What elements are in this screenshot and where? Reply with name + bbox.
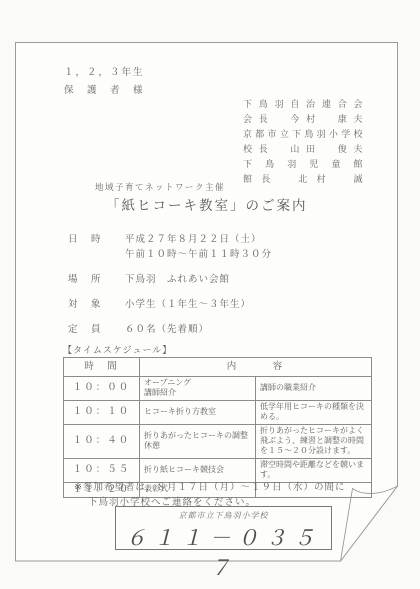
schedule-detail: 低学年用ヒコーキの種類を決める。 xyxy=(256,400,372,424)
schedule-detail: 折りあがったヒコーキがよく飛ぶよう、練習と調整の時間を１５～２０分設けます。 xyxy=(256,424,372,458)
schedule-time: １０：１０ xyxy=(64,400,140,424)
event-organizer-subtitle: 地域子育てネットワーク主催 xyxy=(95,181,225,193)
contact-phone-number: ６１１－０３５７ xyxy=(116,522,331,582)
schedule-detail: 講師の職業紹介 xyxy=(256,377,372,401)
detail-value-place: 下鳥羽 ふれあい会館 xyxy=(125,271,230,285)
table-row: １０：００ オープニング 講師紹介 講師の職業紹介 xyxy=(64,377,372,401)
contact-phone-box: 京都市立下鳥羽小学校 ６１１－０３５７ xyxy=(115,506,332,550)
sender-name-1: 会長 今村 康夫 xyxy=(243,113,363,128)
detail-value-target: 小学生（１年生～３年生） xyxy=(125,296,251,310)
schedule-col-time: 時 間 xyxy=(64,358,140,377)
detail-value-capacity: ６０名（先着順） xyxy=(125,321,209,335)
schedule-table: 時 間 内 容 １０：００ オープニング 講師紹介 講師の職業紹介 １０：１０ … xyxy=(63,357,372,498)
detail-value-date: 平成２７年８月２２日（土） xyxy=(125,231,262,245)
detail-label-capacity: 定 員 xyxy=(68,321,103,335)
schedule-activity: 折りあがったヒコーキの調整 休憩 xyxy=(140,424,256,458)
schedule-time: １０：４０ xyxy=(64,424,140,458)
sender-block: 下鳥羽自治連合会 会長 今村 康夫 京都市立下鳥羽小学校 校長 山田 俊夫 下鳥… xyxy=(243,98,363,188)
sender-org-3: 下鳥羽児童館 xyxy=(243,158,363,173)
sender-name-3: 館長 北村 誠 xyxy=(243,173,363,188)
page-title: 「紙ヒコーキ教室」のご案内 xyxy=(106,194,308,214)
flyer-content: １，２，３年生 保 護 者 様 下鳥羽自治連合会 会長 今村 康夫 京都市立下鳥… xyxy=(0,0,420,589)
schedule-header-row: 時 間 内 容 xyxy=(64,358,372,377)
schedule-col-content: 内 容 xyxy=(140,358,372,377)
recipient-guardian-line: 保 護 者 様 xyxy=(64,82,145,96)
recipient-grade-line: １，２，３年生 xyxy=(64,64,145,78)
schedule-activity: ヒコーキ折り方教室 xyxy=(140,400,256,424)
detail-label-datetime: 日 時 xyxy=(68,231,103,245)
sender-name-2: 校長 山田 俊夫 xyxy=(243,143,363,158)
scanned-flyer: １，２，３年生 保 護 者 様 下鳥羽自治連合会 会長 今村 康夫 京都市立下鳥… xyxy=(0,0,420,589)
detail-label-place: 場 所 xyxy=(68,271,103,285)
sender-org-1: 下鳥羽自治連合会 xyxy=(243,98,363,113)
application-note-line1: ※参加希望者は，８月１７日（月）～１９日（水）の間に xyxy=(74,479,345,493)
sender-org-2: 京都市立下鳥羽小学校 xyxy=(243,128,363,143)
schedule-heading: 【タイムスケジュール】 xyxy=(63,343,172,356)
contact-school-name: 京都市立下鳥羽小学校 xyxy=(116,510,331,521)
schedule-activity: オープニング 講師紹介 xyxy=(140,377,256,401)
table-row: １０：４０ 折りあがったヒコーキの調整 休憩 折りあがったヒコーキがよく飛ぶよう… xyxy=(64,424,372,458)
detail-value-time: 午前１０時～午前１１時３０分 xyxy=(125,246,272,260)
detail-label-target: 対 象 xyxy=(68,296,103,310)
table-row: １０：１０ ヒコーキ折り方教室 低学年用ヒコーキの種類を決める。 xyxy=(64,400,372,424)
schedule-time: １０：００ xyxy=(64,377,140,401)
